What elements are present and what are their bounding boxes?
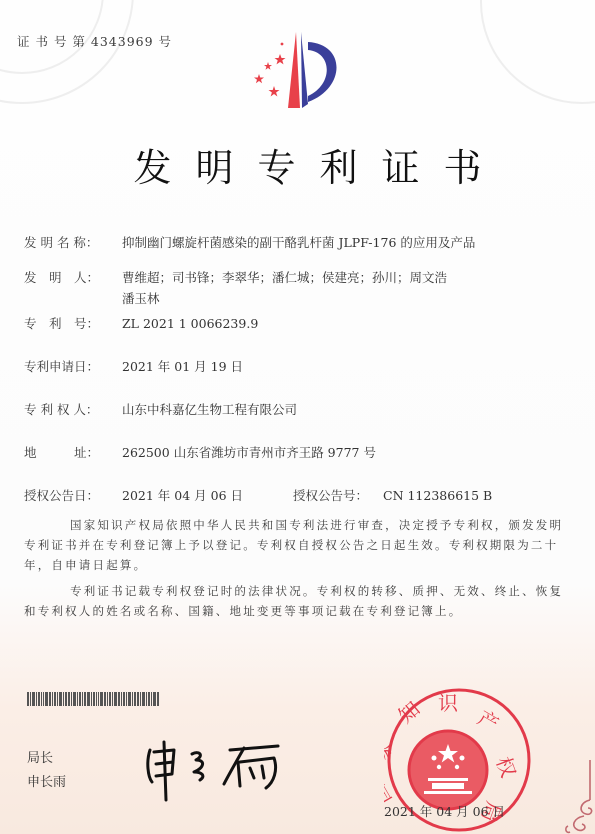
- grant-announcement-date-field: 授权公告日：2021 年 04 月 06 日: [24, 486, 243, 504]
- address-field: 地 址：262500 山东省潍坊市青州市齐王路 9777 号: [24, 443, 376, 461]
- invention-name-label: 发 明 名 称：: [24, 233, 122, 251]
- signatory-name: 申长雨: [27, 771, 66, 790]
- invention-name-field: 发 明 名 称：抑制幽门螺旋杆菌感染的副干酪乳杆菌 JLPF-176 的应用及产…: [24, 233, 475, 251]
- filing-date-field: 专利申请日：2021 年 01 月 19 日: [24, 357, 243, 375]
- patent-number-label: 专 利 号：: [24, 314, 122, 332]
- grant-announcement-number-field: 授权公告号：CN 112386615 B: [293, 486, 492, 504]
- svg-text:产: 产: [474, 706, 503, 737]
- patentee-field: 专 利 权 人：山东中科嘉亿生物工程有限公司: [24, 400, 297, 418]
- patentee-value: 山东中科嘉亿生物工程有限公司: [122, 402, 297, 417]
- filing-date-label: 专利申请日：: [24, 357, 122, 375]
- inventors-value-line2: 潘玉林: [122, 289, 160, 307]
- svg-text:家: 家: [384, 739, 396, 763]
- grant-statement-paragraph: 国家知识产权局依照中华人民共和国专利法进行审查，决定授予专利权，颁发发明专利证书…: [24, 515, 569, 575]
- signatory-title: 局长: [27, 747, 53, 766]
- grant-announcement-number-value: CN 112386615 B: [383, 488, 492, 503]
- patentee-label: 专 利 权 人：: [24, 400, 122, 418]
- watermark-circle: [480, 0, 595, 104]
- handwritten-signature: [140, 732, 290, 802]
- page-title: 发明专利证书: [0, 137, 595, 192]
- barcode: [27, 692, 187, 706]
- cnipa-logo-icon: [238, 30, 338, 115]
- filing-date-value: 2021 年 01 月 19 日: [122, 359, 243, 374]
- grant-announcement-date-value: 2021 年 04 月 06 日: [122, 488, 243, 503]
- inventors-label: 发 明 人：: [24, 268, 122, 286]
- svg-text:识: 识: [438, 691, 459, 715]
- grant-announcement-date-label: 授权公告日：: [24, 486, 122, 504]
- patent-certificate: 证 书 号 第 4343969 号 发明专利证书 发 明 名 称：抑制幽门螺旋杆…: [0, 0, 595, 834]
- legal-status-paragraph: 专利证书记载专利权登记时的法律状况。专利权的转移、质押、无效、终止、恢复和专利权…: [24, 581, 569, 621]
- inventors-field: 发 明 人：曹维超；司书锋；李翠华；潘仁城；侯建亮；孙川；周文浩: [24, 268, 447, 286]
- svg-text:权: 权: [491, 754, 520, 781]
- seal-date: 2021 年 04 月 06 日: [384, 802, 505, 820]
- inventors-value: 曹维超；司书锋；李翠华；潘仁城；侯建亮；孙川；周文浩: [122, 270, 447, 285]
- address-value: 262500 山东省潍坊市青州市齐王路 9777 号: [122, 445, 376, 460]
- certificate-number: 证 书 号 第 4343969 号: [17, 32, 172, 50]
- address-label: 地 址：: [24, 443, 122, 461]
- decorative-border-ornament: [560, 760, 595, 834]
- grant-announcement-number-label: 授权公告号：: [293, 486, 383, 504]
- watermark-circle: [0, 0, 134, 104]
- patent-number-value: ZL 2021 1 0066239.9: [122, 316, 258, 331]
- invention-name-value: 抑制幽门螺旋杆菌感染的副干酪乳杆菌 JLPF-176 的应用及产品: [122, 235, 475, 250]
- patent-number-field: 专 利 号：ZL 2021 1 0066239.9: [24, 314, 258, 332]
